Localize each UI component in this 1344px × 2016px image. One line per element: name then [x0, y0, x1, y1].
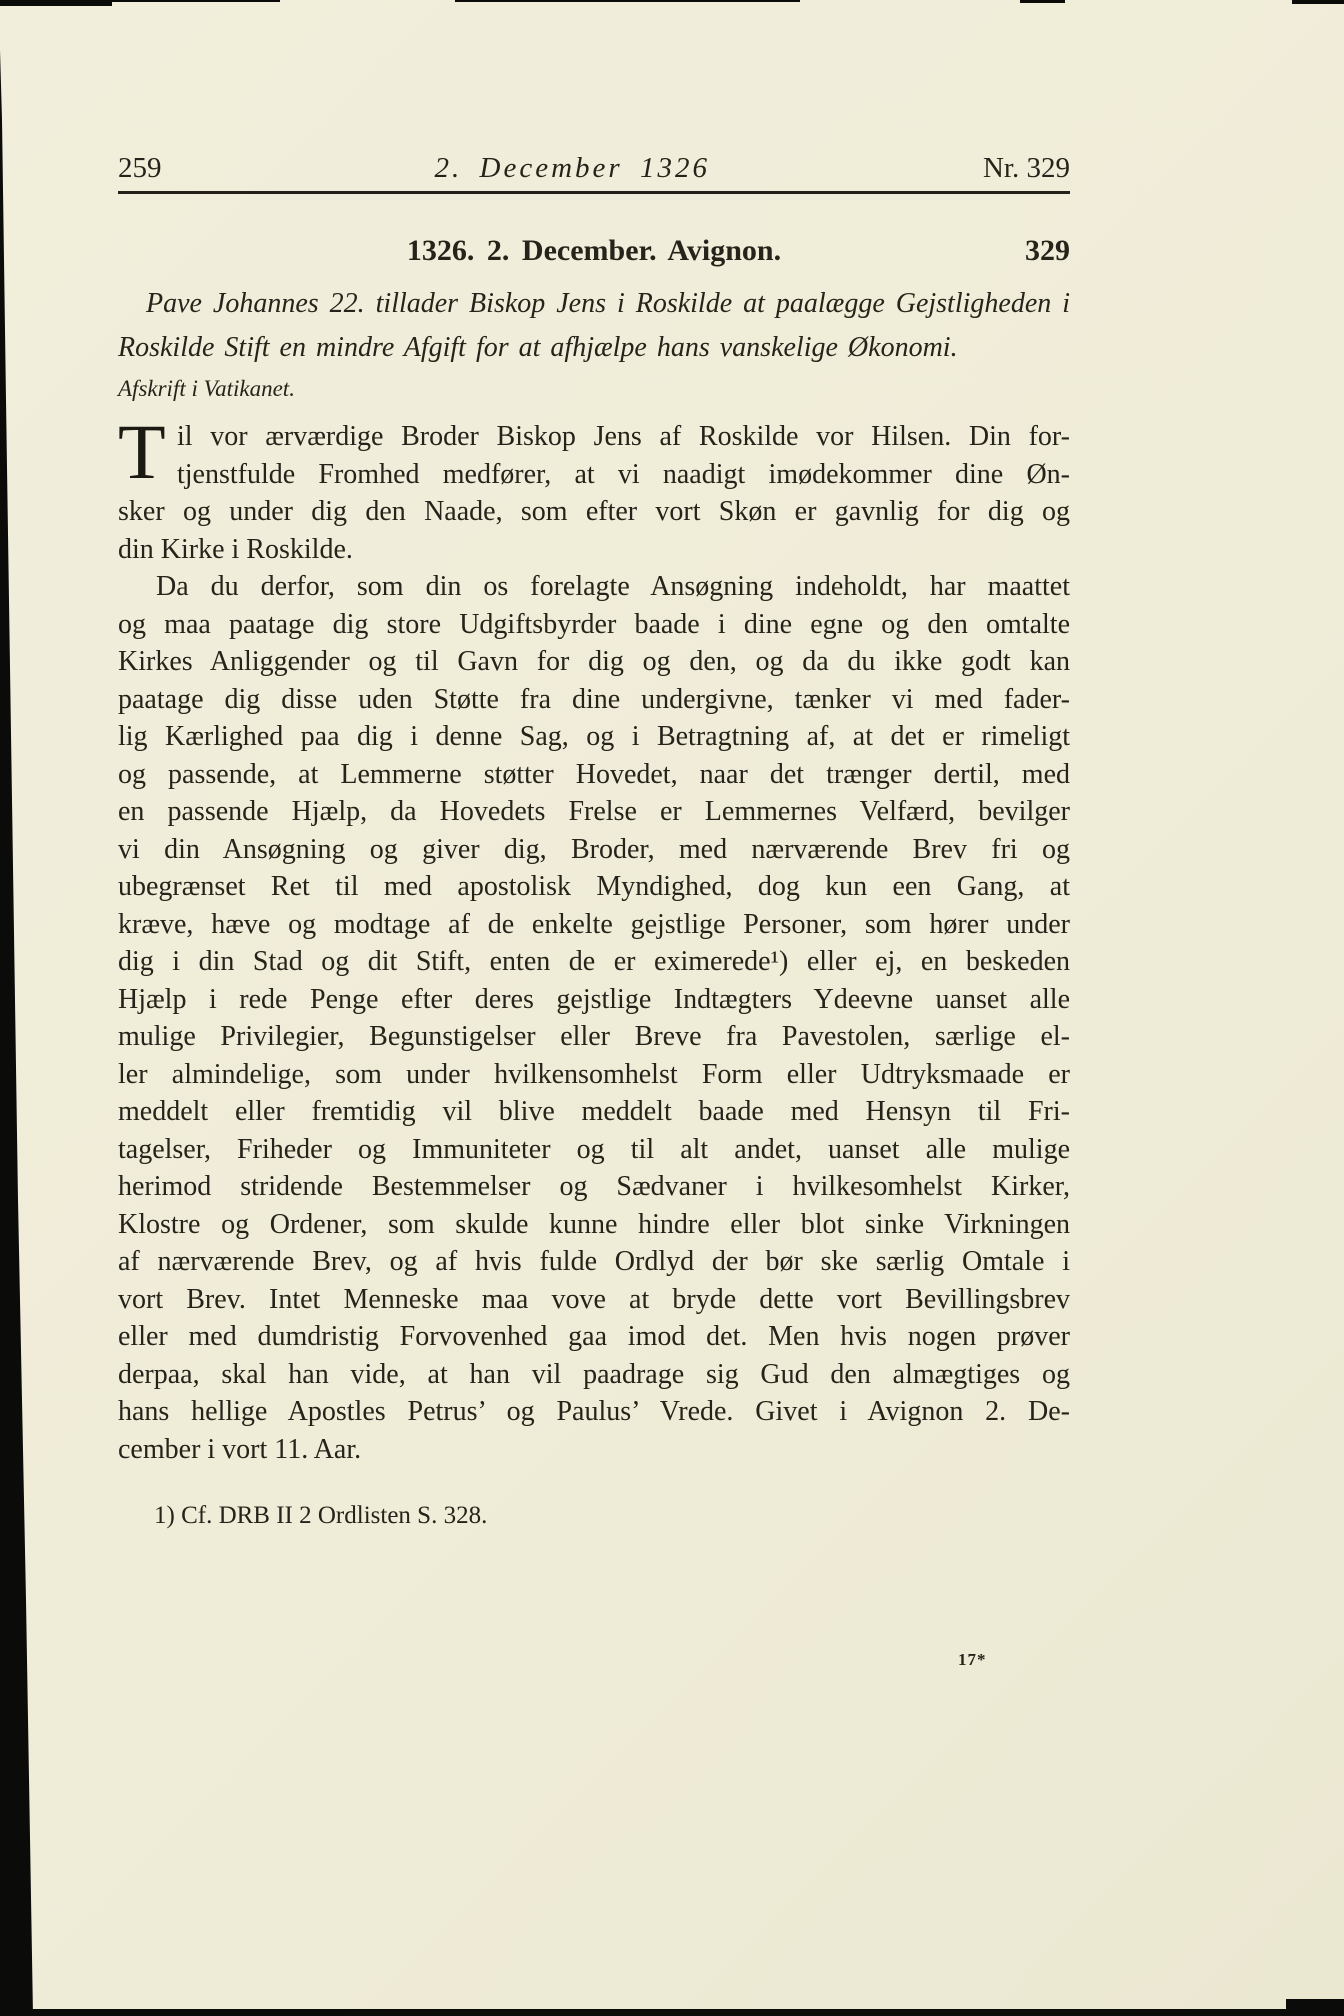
entry-heading: 1326. 2. December. Avignon. 329: [118, 232, 1070, 270]
body-line: eller med dumdristig Forvovenhed gaa imo…: [118, 1318, 1070, 1356]
header-rule: [118, 191, 1070, 194]
scan-artifact-left-edge: [0, 0, 34, 2016]
body-line: vort Brev. Intet Menneske maa vove at br…: [118, 1281, 1070, 1319]
entry-summary: Pave Johannes 22. tillader Biskop Jens i…: [118, 282, 1070, 370]
running-header: 259 2. December 1326 Nr. 329: [118, 150, 1070, 186]
entry-number: 329: [1025, 232, 1070, 270]
body-line: sker og under dig den Naade, som efter v…: [118, 493, 1070, 531]
header-entry-number: Nr. 329: [983, 150, 1070, 186]
body-line: paatage dig disse uden Støtte fra dine u…: [118, 681, 1070, 719]
signature-mark: 17*: [958, 1650, 987, 1670]
drop-cap: T: [118, 420, 168, 492]
footnote: 1) Cf. DRB II 2 Ordlisten S. 328.: [118, 1500, 1070, 1532]
running-title: 2. December 1326: [435, 150, 710, 186]
book-page: 259 2. December 1326 Nr. 329 1326. 2. De…: [0, 0, 1344, 2016]
scan-artifact-top-line: [1292, 0, 1344, 4]
scan-artifact-bottom-right-corner: [1286, 1999, 1344, 2016]
body-line: derpaa, skal han vide, at han vil paadra…: [118, 1356, 1070, 1394]
body-line: cember i vort 11. Aar.: [118, 1431, 1070, 1469]
body-line: kræve, hæve og modtage af de enkelte gej…: [118, 906, 1070, 944]
body-line: din Kirke i Roskilde.: [118, 531, 1070, 569]
scan-artifact-bottom-bar: [0, 2009, 1344, 2016]
body-line: vi din Ansøgning og giver dig, Broder, m…: [118, 831, 1070, 869]
scan-artifact-top-bar: [0, 0, 112, 6]
body-line: Klostre og Ordener, som skulde kunne hin…: [118, 1206, 1070, 1244]
summary-line: Pave Johannes 22. tillader Biskop Jens i…: [118, 282, 1070, 326]
body-line: en passende Hjælp, da Hovedets Frelse er…: [118, 793, 1070, 831]
body-text: Til vor ærværdige Broder Biskop Jens af …: [118, 418, 1070, 1468]
body-line: af nærværende Brev, og af hvis fulde Ord…: [118, 1243, 1070, 1281]
body-line: herimod stridende Bestemmelser og Sædvan…: [118, 1168, 1070, 1206]
body-line: lig Kærlighed paa dig i denne Sag, og i …: [118, 718, 1070, 756]
body-line: tjenstfulde Fromhed medfører, at vi naad…: [118, 456, 1070, 494]
body-line: hans hellige Apostles Petrus’ og Paulus’…: [118, 1393, 1070, 1431]
body-line: tagelser, Friheder og Immuniteter og til…: [118, 1131, 1070, 1169]
body-line: ubegrænset Ret til med apostolisk Myndig…: [118, 868, 1070, 906]
body-line: Kirkes Anliggender og til Gavn for dig o…: [118, 643, 1070, 681]
entry-heading-text: 1326. 2. December. Avignon.: [407, 234, 781, 267]
paragraph: Da du derfor, som din os forelagte Ansøg…: [118, 568, 1070, 1468]
body-line: dig i din Stad og dit Stift, enten de er…: [118, 943, 1070, 981]
body-line: Da du derfor, som din os forelagte Ansøg…: [118, 568, 1070, 606]
body-line: og maa paatage dig store Udgiftsbyrder b…: [118, 606, 1070, 644]
body-line: ler almindelige, som under hvilkensomhel…: [118, 1056, 1070, 1094]
body-line: og passende, at Lemmerne støtter Hovedet…: [118, 756, 1070, 794]
body-line: il vor ærværdige Broder Biskop Jens af R…: [118, 418, 1070, 456]
summary-line: Roskilde Stift en mindre Afgift for at a…: [118, 326, 1070, 370]
source-note: Afskrift i Vatikanet.: [118, 374, 1070, 404]
body-line: Hjælp i rede Penge efter deres gejstlige…: [118, 981, 1070, 1019]
page-number-left: 259: [118, 150, 162, 186]
paragraph: Til vor ærværdige Broder Biskop Jens af …: [118, 418, 1070, 568]
body-line: mulige Privilegier, Begunstigelser eller…: [118, 1018, 1070, 1056]
page-content: 259 2. December 1326 Nr. 329 1326. 2. De…: [118, 0, 1070, 1532]
body-line: meddelt eller fremtidig vil blive meddel…: [118, 1093, 1070, 1131]
